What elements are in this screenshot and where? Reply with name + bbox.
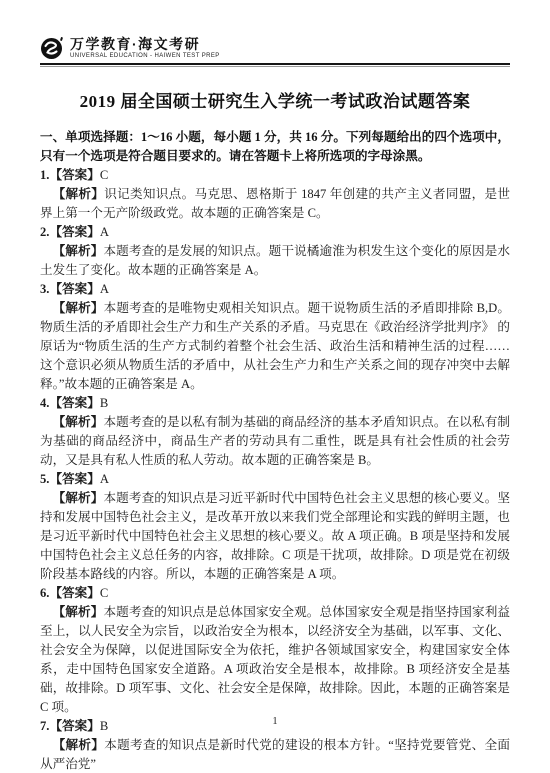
- page-number: 1: [272, 716, 277, 727]
- analysis-paragraph: 【解析】本题考查的是唯物史观相关知识点。题干说物质生活的矛盾即排除 B,D。物质…: [40, 299, 510, 394]
- analysis-text: 本题考查的是以私有制为基础的商品经济的基本矛盾知识点。在以私有制为基础的商品经济…: [40, 415, 510, 467]
- answer-item: 3.【答案】A 【解析】本题考查的是唯物史观相关知识点。题干说物质生活的矛盾即排…: [40, 280, 510, 394]
- analysis-text: 本题考查的是唯物史观相关知识点。题干说物质生活的矛盾即排除 B,D。物质生活的矛…: [40, 301, 510, 391]
- answer-value: A: [100, 282, 109, 296]
- answer-value: C: [100, 586, 108, 600]
- analysis-label: 【解析】: [53, 187, 105, 201]
- analysis-text: 本题考查的是发展的知识点。题干说橘逾淮为枳发生这个变化的原因是水土发生了变化。故…: [40, 244, 510, 277]
- answer-item: 1.【答案】C 【解析】识记类知识点。马克思、恩格斯于 1847 年创建的共产主…: [40, 166, 510, 223]
- answer-value: A: [100, 225, 109, 239]
- analysis-label: 【解析】: [53, 491, 104, 505]
- analysis-text: 本题考查的知识点是习近平新时代中国特色社会主义思想的核心要义。坚持和发展中国特色…: [40, 491, 510, 581]
- answer-item: 4.【答案】B 【解析】本题考查的是以私有制为基础的商品经济的基本矛盾知识点。在…: [40, 394, 510, 470]
- answer-item: 6.【答案】C 【解析】本题考查的知识点是总体国家安全观。总体国家安全观是指坚持…: [40, 584, 510, 717]
- answer-label: 【答案】: [49, 396, 99, 410]
- document-page: 万学教育·海文考研 UNIVERSAL EDUCATION - HAIWEN T…: [0, 0, 550, 773]
- analysis-label: 【解析】: [53, 738, 105, 752]
- page-title: 2019 届全国硕士研究生入学统一考试政治试题答案: [40, 87, 510, 112]
- answer-line: 5.【答案】A: [40, 470, 510, 489]
- answer-item: 5.【答案】A 【解析】本题考查的知识点是习近平新时代中国特色社会主义思想的核心…: [40, 470, 510, 584]
- answer-line: 4.【答案】B: [40, 394, 510, 413]
- analysis-paragraph: 【解析】本题考查的知识点是新时代党的建设的根本方针。“坚持党要管党、全面从严治党…: [40, 736, 510, 773]
- answer-label: 【答案】: [49, 225, 99, 239]
- analysis-paragraph: 【解析】本题考查的知识点是习近平新时代中国特色社会主义思想的核心要义。坚持和发展…: [40, 489, 510, 584]
- brand-tagline: UNIVERSAL EDUCATION - HAIWEN TEST PREP: [70, 53, 220, 59]
- answer-item: 2.【答案】A 【解析】本题考查的是发展的知识点。题干说橘逾淮为枳发生这个变化的…: [40, 223, 510, 280]
- analysis-label: 【解析】: [53, 301, 104, 315]
- analysis-paragraph: 【解析】本题考查的知识点是总体国家安全观。总体国家安全观是指坚持国家利益至上，以…: [40, 603, 510, 717]
- letterhead: 万学教育·海文考研 UNIVERSAL EDUCATION - HAIWEN T…: [40, 36, 510, 67]
- answer-list: 1.【答案】C 【解析】识记类知识点。马克思、恩格斯于 1847 年创建的共产主…: [40, 166, 510, 773]
- analysis-paragraph: 【解析】识记类知识点。马克思、恩格斯于 1847 年创建的共产主义者同盟，是世界…: [40, 185, 510, 223]
- analysis-text: 本题考查的知识点是新时代党的建设的根本方针。“坚持党要管党、全面从严治党”: [40, 738, 510, 771]
- analysis-paragraph: 【解析】本题考查的是发展的知识点。题干说橘逾淮为枳发生这个变化的原因是水土发生了…: [40, 242, 510, 280]
- brand-name: 万学教育·海文考研: [70, 37, 220, 52]
- answer-label: 【答案】: [49, 282, 99, 296]
- analysis-text: 本题考查的知识点是总体国家安全观。总体国家安全观是指坚持国家利益至上，以人民安全…: [40, 605, 510, 714]
- brand-text: 万学教育·海文考研 UNIVERSAL EDUCATION - HAIWEN T…: [70, 37, 220, 59]
- analysis-text: 识记类知识点。马克思、恩格斯于 1847 年创建的共产主义者同盟，是世界上第一个…: [40, 187, 510, 220]
- answer-line: 2.【答案】A: [40, 223, 510, 242]
- answer-line: 6.【答案】C: [40, 584, 510, 603]
- haiwen-logo-icon: [40, 36, 64, 60]
- header-rule: [40, 63, 510, 67]
- answer-label: 【答案】: [49, 586, 99, 600]
- footer: 1: [0, 711, 550, 729]
- section-heading: 一、单项选择题：1～16 小题，每小题 1 分，共 16 分。下列每题给出的四个…: [40, 128, 510, 166]
- analysis-label: 【解析】: [53, 244, 104, 258]
- answer-label: 【答案】: [49, 472, 99, 486]
- answer-value: B: [100, 396, 108, 410]
- answer-value: C: [100, 168, 108, 182]
- analysis-label: 【解析】: [53, 605, 104, 619]
- analysis-paragraph: 【解析】本题考查的是以私有制为基础的商品经济的基本矛盾知识点。在以私有制为基础的…: [40, 413, 510, 470]
- brand: 万学教育·海文考研 UNIVERSAL EDUCATION - HAIWEN T…: [40, 36, 510, 60]
- answer-label: 【答案】: [49, 168, 99, 182]
- analysis-label: 【解析】: [53, 415, 104, 429]
- answer-line: 1.【答案】C: [40, 166, 510, 185]
- answer-value: A: [100, 472, 109, 486]
- answer-line: 3.【答案】A: [40, 280, 510, 299]
